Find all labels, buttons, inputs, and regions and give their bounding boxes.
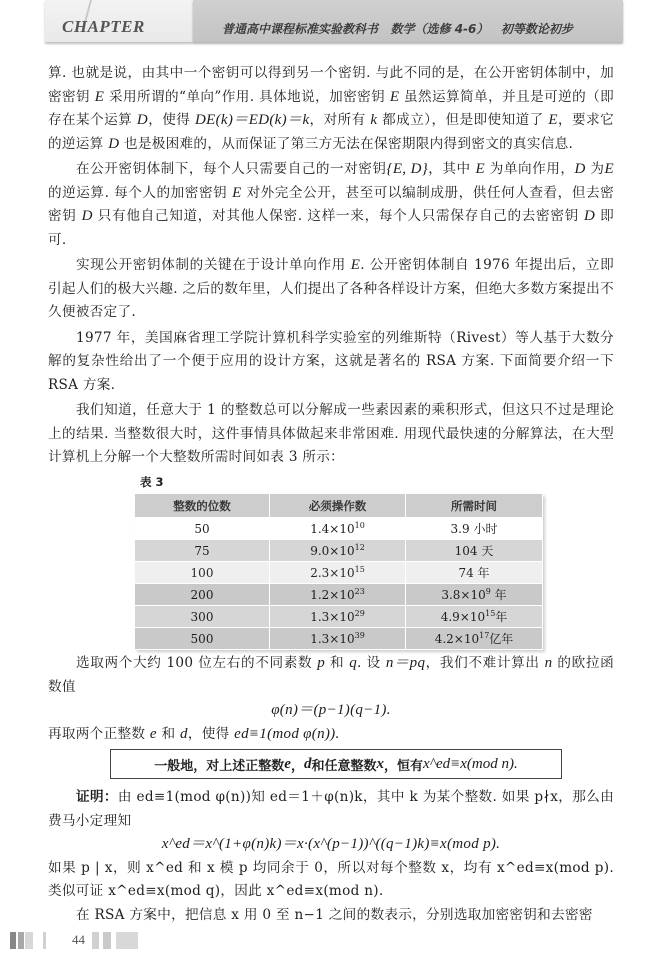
text: ，恒有	[384, 755, 423, 774]
math: E	[95, 89, 104, 105]
table-row: 500 1.3×1039 4.2×1017亿年	[135, 628, 543, 650]
text: 在公开密钥体制下，每个人只需要自己的一对密钥	[76, 161, 387, 177]
digits-cell: 50	[135, 518, 270, 540]
operations-cell: 1.3×1029	[270, 606, 406, 628]
text: 的逆运算. 每个人的加密密钥	[48, 185, 232, 201]
digits-cell: 75	[135, 540, 270, 562]
text: 和任意整数	[311, 755, 376, 774]
operations-cell: 1.4×1010	[270, 518, 406, 540]
math: E	[605, 161, 614, 177]
time-cell: 4.2×1017亿年	[406, 628, 543, 650]
digits-cell: 200	[135, 584, 270, 606]
page-body: 算. 也就是说，由其中一个密钥可以得到另一个密钥. 与此不同的是，在公开密钥体制…	[48, 62, 614, 470]
math: p	[317, 655, 325, 671]
text: ，其中	[428, 161, 475, 177]
text: 实现公开密钥体制的关键在于设计单向作用	[76, 257, 351, 273]
table-row: 300 1.3×1029 4.9×1015年	[135, 606, 543, 628]
math: E	[232, 185, 241, 201]
math: D	[574, 161, 585, 177]
math: q	[349, 655, 357, 671]
math: d	[180, 726, 188, 742]
fermat-formula: x^ed＝x^(1+φ(n)k)＝x·(x^(p−1))^((q−1)k)≡x(…	[48, 833, 614, 857]
paragraph-7: 再取两个正整数 e 和 d，使得 ed≡1(mod φ(n)).	[48, 723, 614, 747]
math: x^ed＝x^(1+φ(n)k)＝x·(x^(p−1))^((q−1)k)≡x(…	[162, 836, 500, 852]
math: φ(n)＝(p−1)(q−1).	[271, 702, 391, 718]
math: DE(k)＝ED(k)＝k	[195, 112, 309, 128]
paragraph-3: 实现公开密钥体制的关键在于设计单向作用 E. 公开密钥体制自 1976 年提出后…	[48, 254, 614, 325]
math: n＝pq	[386, 655, 425, 671]
paragraph-5: 我们知道，任意大于 1 的整数总可以分解成一些素因素的乘积形式，但这只不过是理论…	[48, 399, 614, 470]
footer-bar	[116, 932, 138, 949]
math: E	[351, 257, 360, 273]
text: 和	[157, 726, 180, 742]
table-row: 75 9.0×1012 104 天	[135, 540, 543, 562]
text: 和	[325, 655, 349, 671]
footer-bar	[10, 932, 16, 949]
operations-cell: 1.3×1039	[270, 628, 406, 650]
paragraph-8: 如果 p | x，则 x^ed 和 x 模 p 均同余于 0，所以对每个整数 x…	[48, 857, 614, 904]
time-cell: 3.9 小时	[406, 518, 543, 540]
math: E	[475, 161, 484, 177]
text: 再取两个正整数	[48, 726, 150, 742]
column-header: 整数的位数	[135, 494, 270, 518]
footer-bar	[92, 932, 99, 949]
paragraph-2: 在公开密钥体制下，每个人只需要自己的一对密钥{E, D}，其中 E 为单向作用，…	[48, 158, 614, 252]
footer-bar	[103, 932, 111, 949]
footer-bar	[18, 932, 24, 949]
text: 也是极困难的，从而保证了第三方无法在保密期限内得到密文的真实信息.	[119, 136, 573, 152]
footer-bar	[43, 932, 46, 949]
paragraph-6: 选取两个大约 100 位左右的不同素数 p 和 q. 设 n＝pq，我们不难计算…	[48, 652, 614, 699]
footer-bar	[25, 932, 33, 949]
text: 都成立），但是即使知道了	[377, 112, 548, 128]
math: ed≡1(mod φ(n)).	[234, 726, 339, 742]
math: E	[548, 112, 557, 128]
math: x	[376, 756, 384, 773]
digits-cell: 100	[135, 562, 270, 584]
column-header: 必须操作数	[270, 494, 406, 518]
math: D	[137, 112, 148, 128]
math: D	[584, 208, 595, 224]
chapter-label: CHAPTER	[62, 17, 145, 37]
math: x^ed≡x(mod n).	[423, 756, 518, 773]
proof-label: 证明：	[76, 789, 118, 805]
math: E	[390, 89, 399, 105]
euler-phi-formula: φ(n)＝(p−1)(q−1).	[48, 699, 614, 723]
paragraph-9: 在 RSA 方案中，把信息 x 用 0 至 n−1 之间的数表示，分别选取加密密…	[48, 904, 614, 928]
operations-cell: 1.2×1023	[270, 584, 406, 606]
paragraph-1: 算. 也就是说，由其中一个密钥可以得到另一个密钥. 与此不同的是，在公开密钥体制…	[48, 62, 614, 156]
text: . 设	[357, 655, 386, 671]
text: ，我们不难计算出	[425, 655, 544, 671]
math: D	[108, 136, 119, 152]
operations-cell: 9.0×1012	[270, 540, 406, 562]
text: ，	[291, 755, 304, 774]
time-cell: 74 年	[406, 562, 543, 584]
math: e	[284, 756, 291, 773]
text: 为单向作用，	[485, 161, 575, 177]
text: ，使得	[148, 112, 195, 128]
column-header: 所需时间	[406, 494, 543, 518]
table-row: 200 1.2×1023 3.8×109 年	[135, 584, 543, 606]
text: ，使得	[188, 726, 234, 742]
table-caption: 表 3	[140, 474, 164, 490]
math: e	[150, 726, 157, 742]
text: 一般地，对上述正整数	[154, 755, 284, 774]
math: D	[82, 208, 93, 224]
time-cell: 4.9×1015年	[406, 606, 543, 628]
factorization-time-table: 整数的位数 必须操作数 所需时间 50 1.4×1010 3.9 小时 75 9…	[135, 494, 543, 650]
operations-cell: 2.3×1015	[270, 562, 406, 584]
text: 由 ed≡1(mod φ(n))知 ed＝1＋φ(n)k，其中 k 为某个整数.…	[48, 789, 614, 829]
text: 为	[586, 161, 605, 177]
text: ，对所有	[309, 112, 370, 128]
page-body-lower: 选取两个大约 100 位左右的不同素数 p 和 q. 设 n＝pq，我们不难计算…	[48, 652, 614, 746]
text: 选取两个大约 100 位左右的不同素数	[76, 655, 317, 671]
text: 采用所谓的“单向”作用. 具体地说，加密密钥	[104, 89, 390, 105]
digits-cell: 500	[135, 628, 270, 650]
page-number: 44	[72, 932, 85, 948]
digits-cell: 300	[135, 606, 270, 628]
proof-paragraph: 证明：由 ed≡1(mod φ(n))知 ed＝1＋φ(n)k，其中 k 为某个…	[48, 786, 614, 833]
math: d	[304, 756, 312, 773]
text: 只有他自己知道，对其他人保密. 这样一来，每个人只需保存自己的去密密钥	[93, 208, 584, 224]
math: {E, D}	[387, 161, 429, 177]
book-title: 普通高中课程标准实验教科书 数学（选修 4-6） 初等数论初步	[222, 20, 573, 37]
time-cell: 3.8×109 年	[406, 584, 543, 606]
table-row: 100 2.3×1015 74 年	[135, 562, 543, 584]
paragraph-4: 1977 年，美国麻省理工学院计算机科学实验室的列维斯特（Rivest）等人基于…	[48, 327, 614, 398]
proof-section: 证明：由 ed≡1(mod φ(n))知 ed＝1＋φ(n)k，其中 k 为某个…	[48, 786, 614, 927]
table-row: 50 1.4×1010 3.9 小时	[135, 518, 543, 540]
theorem-box: 一般地，对上述正整数 e，d 和任意整数 x，恒有 x^ed≡x(mod n).	[110, 749, 562, 779]
time-cell: 104 天	[406, 540, 543, 562]
